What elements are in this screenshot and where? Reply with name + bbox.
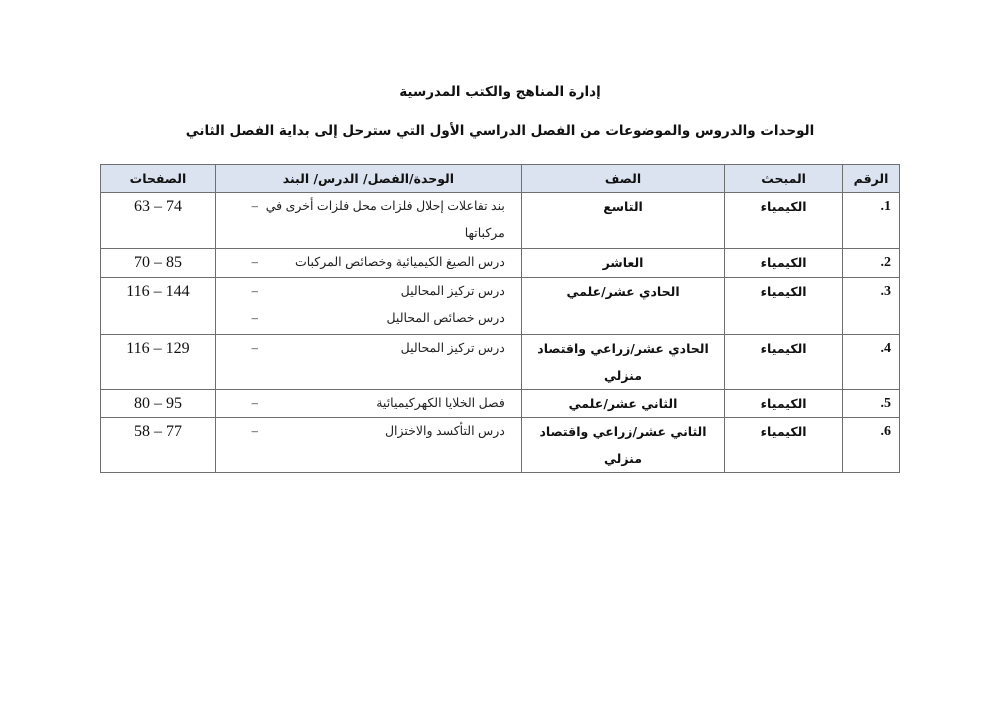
table-row: 1. الكيمياء التاسع بند تفاعلات إحلال فلز… bbox=[101, 193, 900, 249]
unit-item: درس التأكسد والاختزال – bbox=[224, 418, 513, 445]
dash-bullet-icon: – bbox=[224, 249, 258, 276]
row-number: 1. bbox=[843, 193, 900, 249]
row-subject: الكيمياء bbox=[725, 335, 843, 390]
row-units: درس التأكسد والاختزال – bbox=[215, 418, 521, 473]
pages-range: 80 – 95 bbox=[134, 390, 182, 417]
curriculum-table: الرقم المبحث الصف الوحدة/الفصل/ الدرس/ ا… bbox=[100, 164, 900, 473]
row-pages: 116 – 144 bbox=[101, 278, 216, 335]
dash-bullet-icon: – bbox=[224, 278, 258, 305]
row-class: الحادي عشر/زراعي واقتصاد منزلي bbox=[521, 335, 724, 390]
unit-text: بند تفاعلات إحلال فلزات محل فلزات أخرى ف… bbox=[258, 193, 513, 247]
page-title: إدارة المناهج والكتب المدرسية bbox=[0, 84, 1000, 100]
pages-range: 63 – 74 bbox=[134, 193, 182, 220]
row-subject: الكيمياء bbox=[725, 193, 843, 249]
row-number: 6. bbox=[843, 418, 900, 473]
unit-item: بند تفاعلات إحلال فلزات محل فلزات أخرى ف… bbox=[224, 193, 513, 247]
pages-range: 116 – 144 bbox=[126, 278, 189, 305]
unit-text: درس تركيز المحاليل bbox=[258, 278, 513, 305]
row-pages: 80 – 95 bbox=[101, 390, 216, 418]
pages-range: 70 – 85 bbox=[134, 249, 182, 276]
dash-bullet-icon: – bbox=[224, 193, 258, 220]
header-unit: الوحدة/الفصل/ الدرس/ البند bbox=[215, 165, 521, 193]
unit-text: درس التأكسد والاختزال bbox=[258, 418, 513, 445]
unit-text: درس الصيغ الكيميائية وخصائص المركبات bbox=[258, 249, 513, 276]
table-row: 3. الكيمياء الحادي عشر/علمي درس تركيز ال… bbox=[101, 278, 900, 335]
header-subject: المبحث bbox=[725, 165, 843, 193]
row-units: فصل الخلايا الكهركيميائية – bbox=[215, 390, 521, 418]
header-pages: الصفحات bbox=[101, 165, 216, 193]
row-pages: 116 – 129 bbox=[101, 335, 216, 390]
unit-item: درس تركيز المحاليل – bbox=[224, 335, 513, 362]
pages-range: 58 – 77 bbox=[134, 418, 182, 445]
row-units: درس تركيز المحاليل – درس خصائص المحاليل … bbox=[215, 278, 521, 335]
row-units: درس الصيغ الكيميائية وخصائص المركبات – bbox=[215, 249, 521, 278]
unit-text: درس تركيز المحاليل bbox=[258, 335, 513, 362]
row-class: العاشر bbox=[521, 249, 724, 278]
row-subject: الكيمياء bbox=[725, 390, 843, 418]
unit-item: درس الصيغ الكيميائية وخصائص المركبات – bbox=[224, 249, 513, 276]
dash-bullet-icon: – bbox=[224, 335, 258, 362]
dash-bullet-icon: – bbox=[224, 418, 258, 445]
header-num: الرقم bbox=[843, 165, 900, 193]
row-number: 5. bbox=[843, 390, 900, 418]
unit-text: درس خصائص المحاليل bbox=[258, 305, 513, 332]
row-subject: الكيمياء bbox=[725, 278, 843, 335]
row-number: 4. bbox=[843, 335, 900, 390]
table-row: 2. الكيمياء العاشر درس الصيغ الكيميائية … bbox=[101, 249, 900, 278]
row-class: الحادي عشر/علمي bbox=[521, 278, 724, 335]
row-subject: الكيمياء bbox=[725, 418, 843, 473]
row-class: التاسع bbox=[521, 193, 724, 249]
pages-range: 116 – 129 bbox=[126, 335, 189, 362]
dash-bullet-icon: – bbox=[224, 390, 258, 417]
row-subject: الكيمياء bbox=[725, 249, 843, 278]
row-pages: 58 – 77 bbox=[101, 418, 216, 473]
row-pages: 70 – 85 bbox=[101, 249, 216, 278]
page-subtitle: الوحدات والدروس والموضوعات من الفصل الدر… bbox=[0, 123, 1000, 139]
dash-bullet-icon: – bbox=[224, 305, 258, 332]
row-class: الثاني عشر/علمي bbox=[521, 390, 724, 418]
table-row: 6. الكيمياء الثاني عشر/زراعي واقتصاد منز… bbox=[101, 418, 900, 473]
table-row: 5. الكيمياء الثاني عشر/علمي فصل الخلايا … bbox=[101, 390, 900, 418]
row-units: بند تفاعلات إحلال فلزات محل فلزات أخرى ف… bbox=[215, 193, 521, 249]
row-units: درس تركيز المحاليل – bbox=[215, 335, 521, 390]
row-class: الثاني عشر/زراعي واقتصاد منزلي bbox=[521, 418, 724, 473]
unit-item: درس تركيز المحاليل – bbox=[224, 278, 513, 305]
table-header-row: الرقم المبحث الصف الوحدة/الفصل/ الدرس/ ا… bbox=[101, 165, 900, 193]
unit-item: درس خصائص المحاليل – bbox=[224, 305, 513, 332]
table-row: 4. الكيمياء الحادي عشر/زراعي واقتصاد منز… bbox=[101, 335, 900, 390]
unit-text: فصل الخلايا الكهركيميائية bbox=[258, 390, 513, 417]
row-number: 3. bbox=[843, 278, 900, 335]
header-class: الصف bbox=[521, 165, 724, 193]
row-number: 2. bbox=[843, 249, 900, 278]
unit-item: فصل الخلايا الكهركيميائية – bbox=[224, 390, 513, 417]
row-pages: 63 – 74 bbox=[101, 193, 216, 249]
